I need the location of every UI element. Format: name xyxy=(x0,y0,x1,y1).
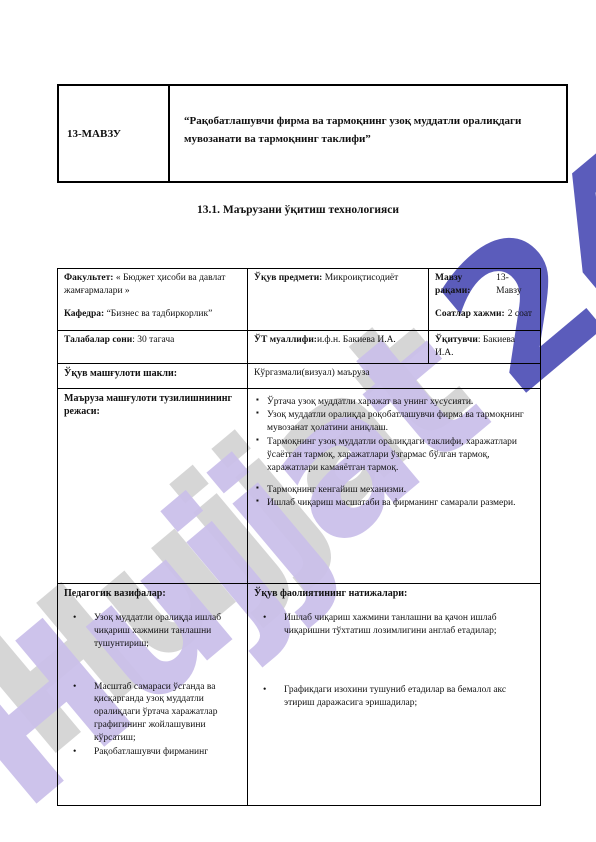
lesson-form-value: Кўргазмали(визуал) маъруза xyxy=(254,368,370,378)
students-label: Талабалар сони xyxy=(64,335,132,345)
plan-bullet-item: Тармоқнинг узоқ муддатли оралиқдаги такл… xyxy=(254,436,534,474)
hours-line: Соатлар хажми:2 соат xyxy=(435,308,534,321)
learning-outcomes-title: Ўқув фаолиятининг натижалари: xyxy=(254,587,534,601)
department-label: Кафедра: xyxy=(64,309,104,319)
plan-label: Маъруза машғулоти тузилишнининг режаси: xyxy=(64,393,232,418)
subject-cell: Ўқув предмети: Микроиқтисодиёт xyxy=(248,269,429,331)
lecture-info-table: Факультет: « Бюджет ҳисоби ва давлат жам… xyxy=(57,268,541,806)
learning-outcomes-cell: Ўқув фаолиятининг натижалари: Ишлаб чиқа… xyxy=(248,583,541,805)
lesson-form-label-cell: Ўқув машғулоти шакли: xyxy=(58,363,248,388)
outcomes-bullet-list: Ишлаб чиқариш хажмини танлашни ва қачон … xyxy=(254,612,534,709)
faculty-label: Факультет: xyxy=(64,273,113,283)
topic-header-table: 13-МАВЗУ “Рақобатлашувчи фирма ва тармоқ… xyxy=(57,84,568,183)
plan-bullets-cell: Ўртача узоқ муддатли харажат ва унинг ху… xyxy=(248,388,541,583)
pedagogical-bullet-item: Рақобатлашувчи фирманинг xyxy=(64,746,241,759)
author-label: ЎТ муаллифи: xyxy=(254,335,317,345)
plan-bullet-item: Тармоқнинг кенгайиш механизми. xyxy=(254,484,534,497)
row-lesson-form: Ўқув машғулоти шакли: Кўргазмали(визуал)… xyxy=(58,363,541,388)
outcomes-bullet-item: Ишлаб чиқариш хажмини танлашни ва қачон … xyxy=(254,612,534,638)
faculty-line: Факультет: « Бюджет ҳисоби ва давлат жам… xyxy=(64,272,241,298)
plan-bullet-item: Узоқ муддатли оралиқда роқобатлашувчи фи… xyxy=(254,409,534,435)
lesson-form-label: Ўқув машғулоти шакли: xyxy=(64,368,177,379)
topic-number-cell: Мавзу рақами:13-Мавзу Соатлар хажми:2 со… xyxy=(429,269,541,331)
plan-bullet-item: Ўртача узоқ муддатли харажат ва унинг ху… xyxy=(254,396,534,409)
row-lecture-plan: Маъруза машғулоти тузилишнининг режаси: … xyxy=(58,388,541,583)
pedagogical-tasks-title: Педагогик вазифалар: xyxy=(64,587,241,601)
topic-title-cell: “Рақобатлашувчи фирма ва тармоқнинг узоқ… xyxy=(169,85,567,182)
plan-bullet-list: Ўртача узоқ муддатли харажат ва унинг ху… xyxy=(254,396,534,511)
students-value: : 30 тагача xyxy=(132,335,174,345)
topic-header-row: 13-МАВЗУ “Рақобатлашувчи фирма ва тармоқ… xyxy=(58,85,567,182)
topic-number-line: Мавзу рақами:13-Мавзу xyxy=(435,272,534,298)
section-heading: 13.1. Маърузани ўқитиш технологияси xyxy=(0,204,596,216)
hours-value: 2 соат xyxy=(508,308,532,321)
pedagogical-bullet-list: Узоқ муддатли оралиқда ишлаб чиқариш хаж… xyxy=(64,612,241,758)
faculty-cell: Факультет: « Бюджет ҳисоби ва давлат жам… xyxy=(58,269,248,331)
topic-number-label: Мавзу рақами: xyxy=(435,272,496,298)
students-cell: Талабалар сони: 30 тагача xyxy=(58,331,248,364)
pedagogical-bullet-item: Узоқ муддатли оралиқда ишлаб чиқариш хаж… xyxy=(64,612,241,650)
department-value: “Бизнес ва тадбиркорлик” xyxy=(107,309,213,319)
row-tasks-outcomes: Педагогик вазифалар: Узоқ муддатли орали… xyxy=(58,583,541,805)
row-faculty-subject-topic: Факультет: « Бюджет ҳисоби ва давлат жам… xyxy=(58,269,541,331)
row-students-author-teacher: Талабалар сони: 30 тагача ЎТ муаллифи:и.… xyxy=(58,331,541,364)
author-cell: ЎТ муаллифи:и.ф.н. Бакиева И.А. xyxy=(248,331,429,364)
department-line: Кафедра: “Бизнес ва тадбиркорлик” xyxy=(64,308,241,321)
topic-number-value: 13-Мавзу xyxy=(496,272,532,298)
author-value: и.ф.н. Бакиева И.А. xyxy=(317,335,396,345)
lesson-form-value-cell: Кўргазмали(визуал) маъруза xyxy=(248,363,541,388)
subject-label: Ўқув предмети: xyxy=(254,273,322,283)
document-page: Hujjat Hujjat24 13-МАВЗУ “Рақобатлашувчи… xyxy=(0,0,596,842)
outcomes-bullet-item: Графикдаги изохини тушуниб етадилар ва б… xyxy=(254,684,534,710)
teacher-label: Ўқитувчи xyxy=(435,335,478,345)
pedagogical-bullet-item: Масштаб самараси ўсганда ва қисқарганда … xyxy=(64,681,241,745)
plan-bullet-item: Ишлаб чиқариш масшатаби ва фирманинг сам… xyxy=(254,497,534,510)
teacher-cell: Ўқитувчи: Бакиева И.А. xyxy=(429,331,541,364)
subject-value: Микроиқтисодиёт xyxy=(325,273,399,283)
hours-label: Соатлар хажми: xyxy=(435,308,505,321)
topic-code-cell: 13-МАВЗУ xyxy=(58,85,169,182)
plan-label-cell: Маъруза машғулоти тузилишнининг режаси: xyxy=(58,388,248,583)
pedagogical-tasks-cell: Педагогик вазифалар: Узоқ муддатли орали… xyxy=(58,583,248,805)
